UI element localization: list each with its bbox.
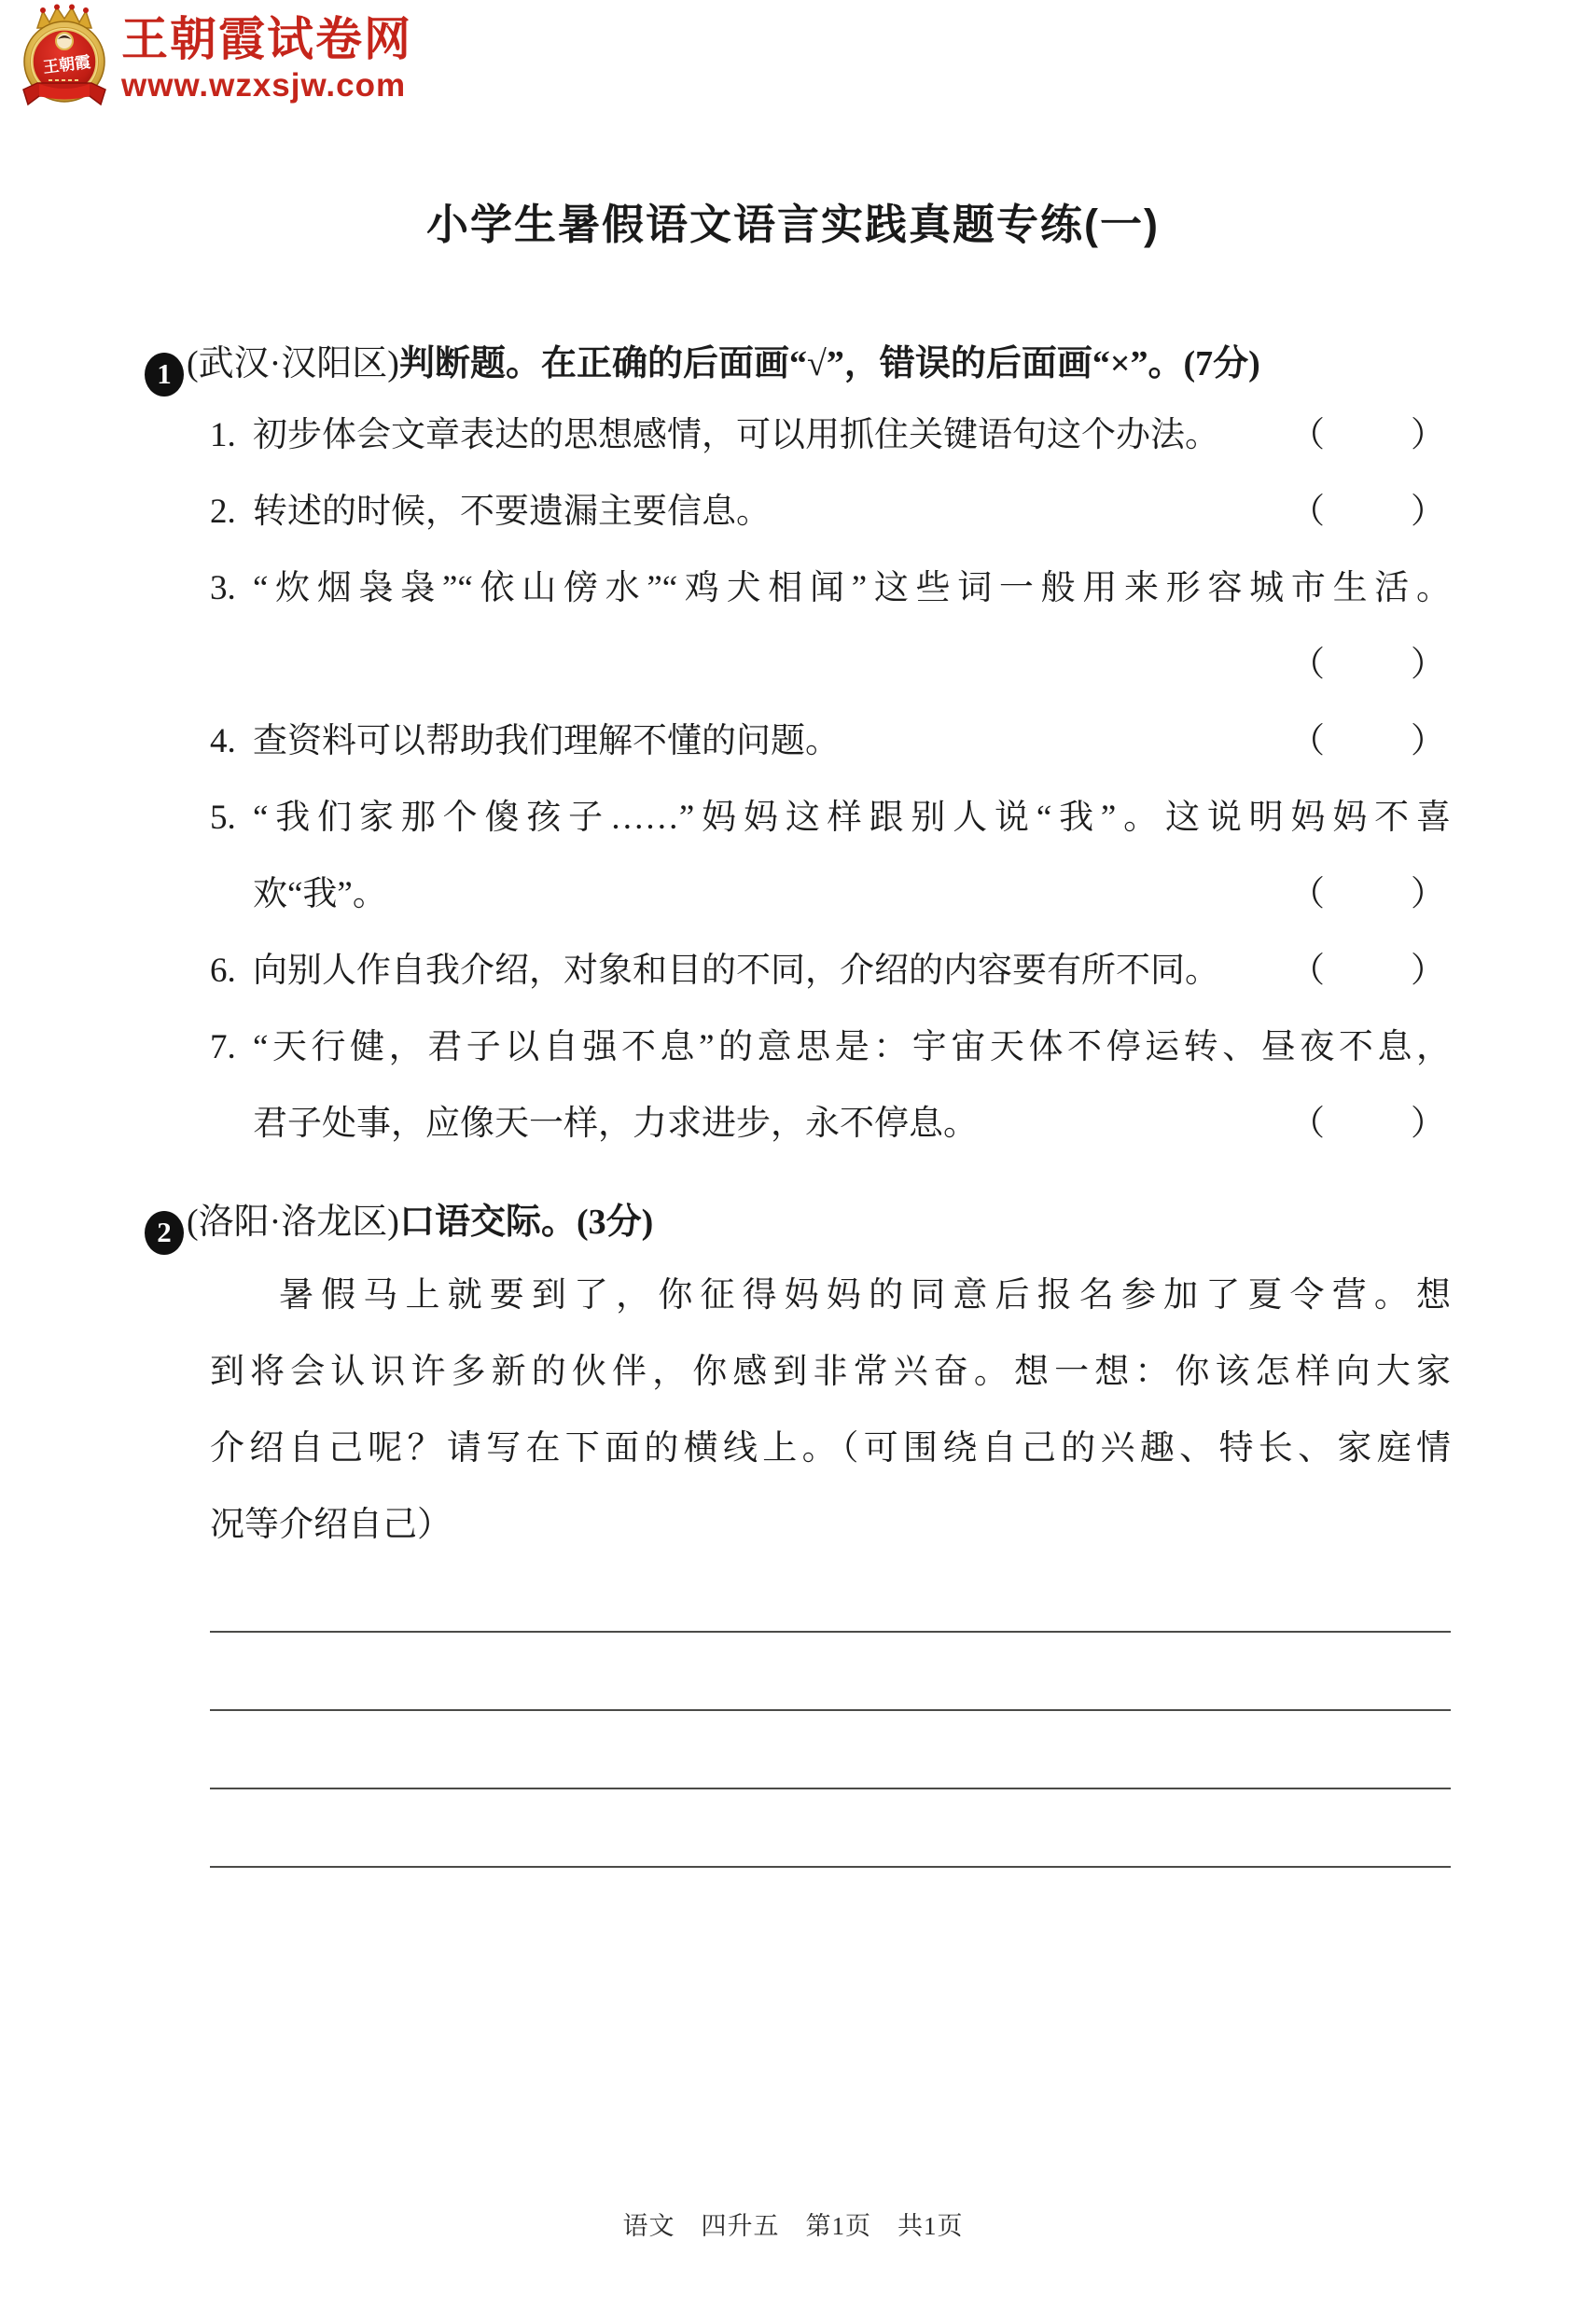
item-text: “炊烟袅袅”“依山傍水”“鸡犬相闻”这些词一般用来形容城市生活。	[253, 569, 1451, 607]
prompt-line: 况等介绍自己）	[210, 1487, 1451, 1564]
item-text: 初步体会文章表达的思想感情，可以用抓住关键语句这个办法。	[253, 397, 1219, 474]
question-2-number-badge: 2	[145, 1211, 184, 1255]
oral-communication-prompt: 暑假马上就要到了，你征得妈妈的同意后报名参加了夏令营。想 到将会认识许多新的伙伴…	[210, 1258, 1451, 1564]
judgement-item-5: 5.“我们家那个傻孩子……”妈妈这样跟别人说“我”。这说明妈妈不喜 欢“我”。 …	[210, 780, 1451, 933]
item-text: 转述的时候，不要遗漏主要信息。	[253, 474, 771, 550]
question-1-header: 1(武汉·汉阳区)判断题。在正确的后面画“√”，错误的后面画“×”。(7分)	[145, 340, 1451, 397]
question-2-number: 2	[157, 1208, 172, 1257]
judgement-item-6: 6. 向别人作自我介绍，对象和目的不同，介绍的内容要有所不同。 （ ）	[210, 933, 1451, 1009]
judgement-item-1: 1. 初步体会文章表达的思想感情，可以用抓住关键语句这个办法。 （ ）	[210, 397, 1451, 474]
answer-line-2[interactable]	[210, 1633, 1451, 1711]
prompt-line: 到将会认识许多新的伙伴，你感到非常兴奋。想一想：你该怎样向大家	[210, 1334, 1451, 1411]
prompt-line: 介绍自己呢？请写在下面的横线上。（可围绕自己的兴趣、特长、家庭情	[210, 1411, 1451, 1487]
answer-blank[interactable]: （ ）	[1290, 933, 1451, 1009]
brand-url: www.wzxsjw.com	[121, 68, 412, 104]
answer-lines-area	[210, 1554, 1451, 1868]
answer-blank[interactable]: （ ）	[1290, 703, 1451, 780]
prompt-line: 暑假马上就要到了，你征得妈妈的同意后报名参加了夏令营。想	[210, 1258, 1451, 1334]
brand-badge-icon: 王朝霞	[17, 4, 112, 112]
page-footer: 语文 四升五 第1页 共1页	[0, 2206, 1586, 2242]
answer-blank[interactable]: （ ）	[1290, 856, 1451, 933]
item-number: 1.	[210, 397, 253, 474]
item-text: 向别人作自我介绍，对象和目的不同，介绍的内容要有所不同。	[253, 933, 1219, 1009]
judgement-items-list: 1. 初步体会文章表达的思想感情，可以用抓住关键语句这个办法。 （ ） 2. 转…	[210, 397, 1451, 1162]
judgement-item-3: 3.“炊烟袅袅”“依山傍水”“鸡犬相闻”这些词一般用来形容城市生活。 （ ）	[210, 550, 1451, 703]
question-1-instruction: 判断题。在正确的后面画“√”，错误的后面画“×”。(7分)	[399, 344, 1260, 383]
item-number: 3.	[210, 550, 253, 627]
brand-text-block: 王朝霞试卷网 www.wzxsjw.com	[121, 4, 412, 104]
question-2-header: 2(洛阳·洛龙区)口语交际。(3分)	[145, 1198, 1451, 1255]
answer-blank[interactable]: （ ）	[1290, 397, 1451, 474]
question-1-number: 1	[157, 350, 172, 398]
item-number: 6.	[210, 933, 253, 1009]
judgement-item-7: 7.“天行健，君子以自强不息”的意思是：宇宙天体不停运转、昼夜不息， 君子处事，…	[210, 1009, 1451, 1162]
worksheet-page: 王朝霞 王朝霞试卷网 www.wzxsjw.com 小学生暑假语文语言实践真题专…	[0, 0, 1586, 2324]
answer-line-1[interactable]	[210, 1554, 1451, 1633]
answer-line-4[interactable]	[210, 1789, 1451, 1868]
judgement-item-2: 2. 转述的时候，不要遗漏主要信息。 （ ）	[210, 474, 1451, 550]
answer-blank[interactable]: （ ）	[1290, 474, 1451, 550]
item-text: 查资料可以帮助我们理解不懂的问题。	[253, 703, 840, 780]
item-number: 7.	[210, 1009, 253, 1086]
answer-blank[interactable]: （ ）	[1290, 627, 1451, 703]
item-text: 君子处事，应像天一样，力求进步，永不停息。	[253, 1086, 978, 1162]
answer-blank[interactable]: （ ）	[1290, 1086, 1451, 1162]
page-title: 小学生暑假语文语言实践真题专练(一)	[0, 190, 1586, 251]
item-text: “我们家那个傻孩子……”妈妈这样跟别人说“我”。这说明妈妈不喜	[253, 799, 1451, 837]
item-number: 5.	[210, 780, 253, 856]
item-text: “天行健，君子以自强不息”的意思是：宇宙天体不停运转、昼夜不息，	[253, 1028, 1451, 1066]
question-1-number-badge: 1	[145, 353, 184, 397]
brand-name: 王朝霞试卷网	[121, 15, 412, 63]
item-text: 欢“我”。	[253, 856, 387, 933]
item-number: 4.	[210, 703, 253, 780]
judgement-item-4: 4. 查资料可以帮助我们理解不懂的问题。 （ ）	[210, 703, 1451, 780]
question-1-source: (武汉·汉阳区)	[187, 344, 399, 383]
brand-header: 王朝霞 王朝霞试卷网 www.wzxsjw.com	[17, 4, 412, 112]
answer-line-3[interactable]	[210, 1711, 1451, 1789]
question-2-source: (洛阳·洛龙区)	[187, 1203, 399, 1242]
item-number: 2.	[210, 474, 253, 550]
question-2-instruction: 口语交际。(3分)	[399, 1203, 653, 1242]
